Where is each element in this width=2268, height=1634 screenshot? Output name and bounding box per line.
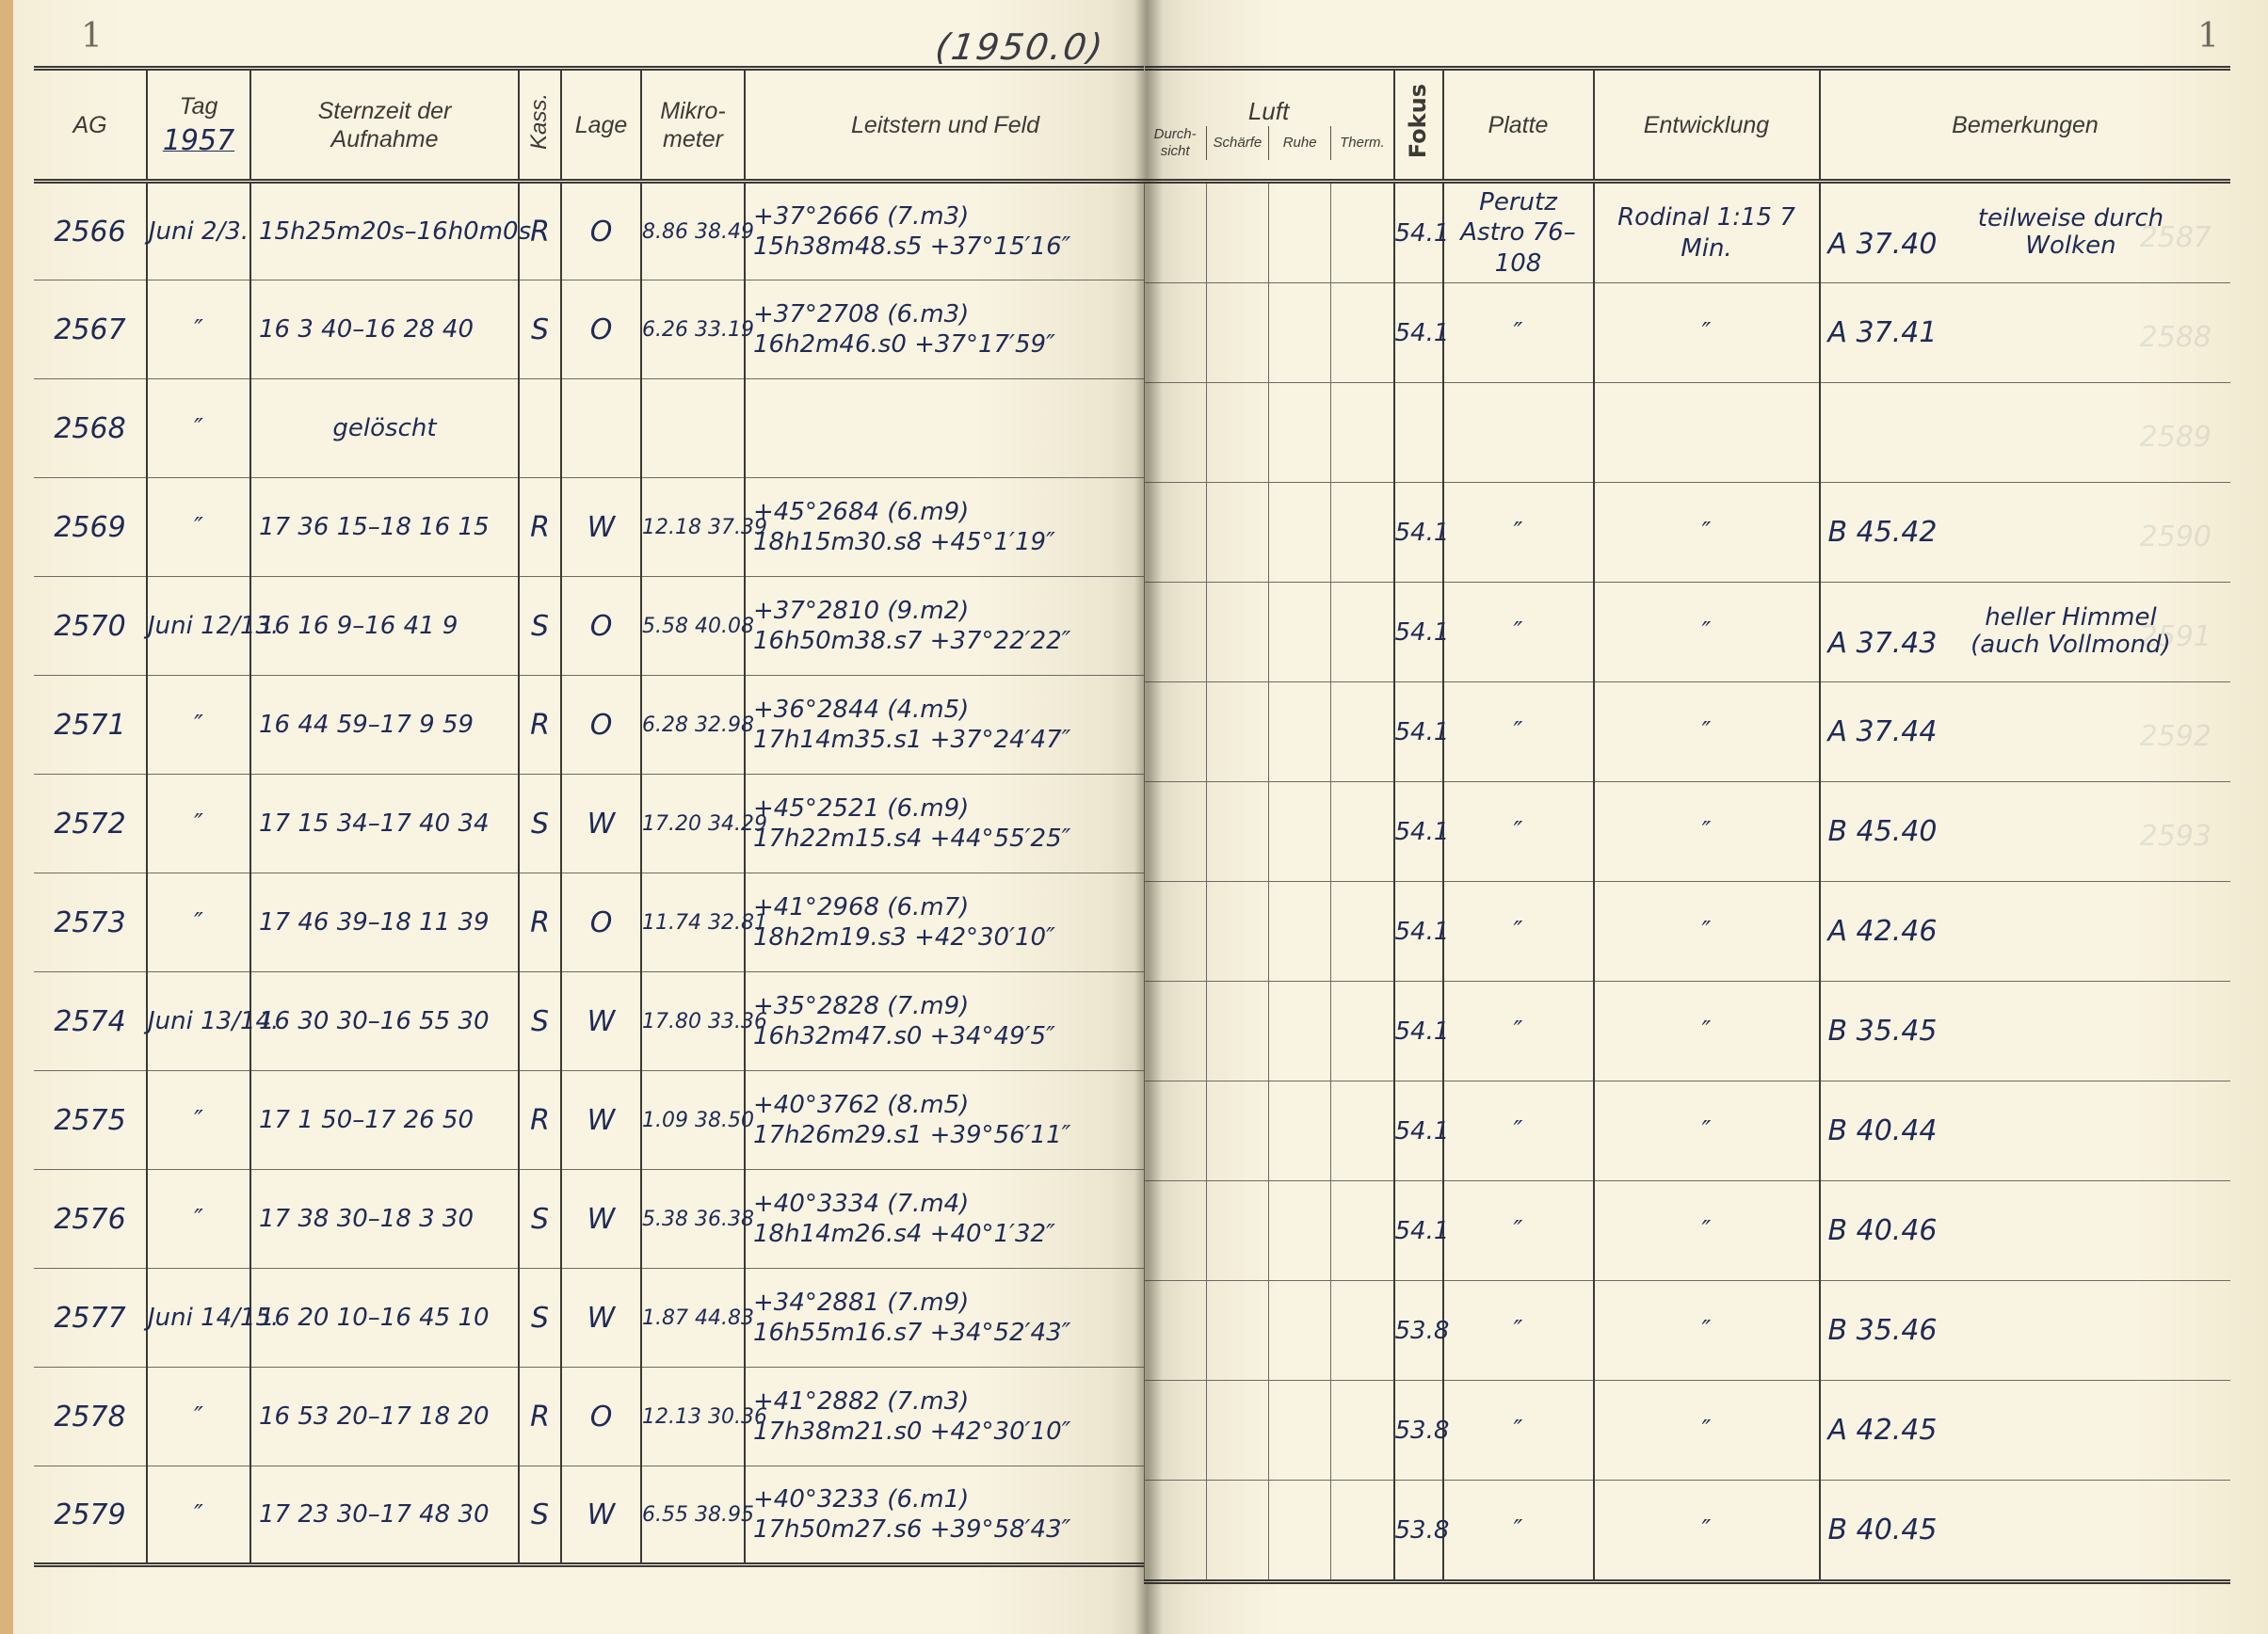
- cell-fokus: [1394, 383, 1443, 483]
- cell-lage: W: [561, 478, 641, 577]
- cell-leitstern-feld: +36°2844 (4.m5)17h14m35.s1 +37°24′47″: [745, 676, 1144, 775]
- cell-kass: R: [519, 873, 561, 972]
- cell-luft-schaerfe: [1207, 583, 1269, 681]
- leitstern-text: +45°2521 (6.m9): [753, 793, 1144, 825]
- cell-ag: 2570: [34, 577, 147, 676]
- cell-bemerkungen: A 37.40teilweise durch Wolken: [1820, 182, 2230, 283]
- cell-ag: 2578: [34, 1368, 147, 1466]
- header-fokus-label: Fokus: [1405, 84, 1432, 158]
- cell-luft-schaerfe: [1207, 782, 1269, 881]
- header-leitstern: Leitstern und Feld: [745, 69, 1144, 182]
- observation-log-right: Luft Durch- sicht Schärfe Ruhe Therm. Fo…: [1144, 66, 2230, 1584]
- cell-kass: S: [519, 280, 561, 379]
- feld-text: 17h26m29.s1 +39°56′11″: [753, 1120, 1144, 1151]
- cell-leitstern-feld: +37°2810 (9.m2)16h50m38.s7 +37°22′22″: [745, 577, 1144, 676]
- log-row-right: 54.1″″A 42.46: [1145, 882, 2230, 982]
- cell-lage: W: [561, 1269, 641, 1368]
- cell-lage: W: [561, 1466, 641, 1565]
- bemerkung-code: B 40.45: [1828, 1514, 1938, 1546]
- cell-sternzeit: 16 53 20–17 18 20: [250, 1368, 519, 1466]
- log-row-right: 54.1″″B 40.44: [1145, 1081, 2230, 1181]
- cell-lage: O: [561, 873, 641, 972]
- cell-fokus: 53.8: [1394, 1281, 1443, 1381]
- cell-luft: [1145, 1281, 1394, 1381]
- cell-kass: R: [519, 1071, 561, 1170]
- cell-fokus: 53.8: [1394, 1381, 1443, 1481]
- cell-fokus: 54.1: [1394, 283, 1443, 383]
- feld-text: 16h2m46.s0 +37°17′59″: [753, 329, 1144, 360]
- cell-luft-therm: [1331, 383, 1392, 482]
- cell-luft-durchsicht: [1145, 483, 1207, 582]
- bemerkung-code: B 45.40: [1828, 815, 1938, 848]
- log-row-right: 54.1″″B 45.40: [1145, 782, 2230, 882]
- cell-lage: W: [561, 1170, 641, 1269]
- log-row-left: 2570Juni 12/13.16 16 9–16 41 9SO5.58 40.…: [34, 577, 1144, 676]
- cell-kass: S: [519, 775, 561, 873]
- cell-luft-schaerfe: [1207, 682, 1269, 781]
- cell-luft-therm: [1331, 1181, 1392, 1280]
- cell-tag: ″: [147, 379, 250, 478]
- cell-tag: ″: [147, 775, 250, 873]
- observation-log-left: AG Tag 1957 Sternzeit der Aufnahme Kass.…: [34, 66, 1144, 1567]
- cell-fokus: 54.1: [1394, 583, 1443, 682]
- feld-text: 17h50m27.s6 +39°58′43″: [753, 1514, 1144, 1546]
- cell-luft-schaerfe: [1207, 1081, 1269, 1180]
- cell-platte: Perutz Astro 76–108: [1443, 182, 1594, 283]
- cell-sternzeit: 15h25m20s–16h0m0s: [250, 182, 519, 280]
- cell-leitstern-feld: +41°2882 (7.m3)17h38m21.s0 +42°30′10″: [745, 1368, 1144, 1466]
- cell-bemerkungen: B 40.45: [1820, 1481, 2230, 1582]
- header-tag-label: Tag: [180, 93, 218, 120]
- feld-text: 18h15m30.s8 +45°1′19″: [753, 527, 1144, 558]
- leitstern-text: +40°3762 (8.m5): [753, 1090, 1144, 1121]
- cell-fokus: 54.1: [1394, 483, 1443, 583]
- cell-ag: 2574: [34, 972, 147, 1071]
- cell-luft-therm: [1331, 1281, 1392, 1380]
- cell-sternzeit: 16 20 10–16 45 10: [250, 1269, 519, 1368]
- log-row-left: 2574Juni 13/14.16 30 30–16 55 30SW17.80 …: [34, 972, 1144, 1071]
- cell-luft-schaerfe: [1207, 1381, 1269, 1480]
- bemerkung-code: A 42.45: [1828, 1414, 1938, 1447]
- cell-ag: 2575: [34, 1071, 147, 1170]
- cell-luft-therm: [1331, 583, 1392, 681]
- cell-platte: ″: [1443, 583, 1594, 682]
- cell-platte: ″: [1443, 982, 1594, 1081]
- cell-ag: 2568: [34, 379, 147, 478]
- cell-mikrometer: 1.87 44.83: [641, 1269, 745, 1368]
- cell-kass: S: [519, 972, 561, 1071]
- cell-luft: [1145, 1481, 1394, 1582]
- cell-entwicklung: ″: [1594, 1281, 1820, 1381]
- cell-lage: W: [561, 1071, 641, 1170]
- cell-mikrometer: 8.86 38.49: [641, 182, 745, 280]
- cell-lage: O: [561, 1368, 641, 1466]
- cell-bemerkungen: B 40.46: [1820, 1181, 2230, 1281]
- cell-ag: 2573: [34, 873, 147, 972]
- cell-luft-ruhe: [1269, 184, 1331, 282]
- cell-tag: ″: [147, 676, 250, 775]
- cell-luft-therm: [1331, 782, 1392, 881]
- cell-luft-durchsicht: [1145, 583, 1207, 681]
- cell-luft: [1145, 583, 1394, 682]
- bemerkung-code: A 37.40: [1828, 228, 1938, 261]
- cell-luft-schaerfe: [1207, 1181, 1269, 1280]
- feld-text: 16h55m16.s7 +34°52′43″: [753, 1318, 1144, 1349]
- feld-text: 17h22m15.s4 +44°55′25″: [753, 824, 1144, 855]
- cell-tag: ″: [147, 478, 250, 577]
- cell-sternzeit: 16 16 9–16 41 9: [250, 577, 519, 676]
- cell-entwicklung: ″: [1594, 1381, 1820, 1481]
- cell-luft-durchsicht: [1145, 1481, 1207, 1579]
- log-row-right: 54.1″″A 37.44: [1145, 682, 2230, 782]
- log-row-left: 2569″17 36 15–18 16 15RW12.18 37.39+45°2…: [34, 478, 1144, 577]
- bemerkung-text: teilweise durch Wolken: [1957, 205, 2183, 259]
- cell-mikrometer: 1.09 38.50: [641, 1071, 745, 1170]
- header-tag: Tag 1957: [147, 69, 250, 182]
- cell-luft-durchsicht: [1145, 682, 1207, 781]
- leitstern-text: +45°2684 (6.m9): [753, 497, 1144, 528]
- header-luft: Luft Durch- sicht Schärfe Ruhe Therm.: [1145, 69, 1394, 182]
- cell-leitstern-feld: +35°2828 (7.m9)16h32m47.s0 +34°49′5″: [745, 972, 1144, 1071]
- cell-mikrometer: [641, 379, 745, 478]
- cell-luft-ruhe: [1269, 1081, 1331, 1180]
- log-row-left: 2573″17 46 39–18 11 39RO11.74 32.81+41°2…: [34, 873, 1144, 972]
- feld-text: 16h32m47.s0 +34°49′5″: [753, 1021, 1144, 1052]
- cell-mikrometer: 12.13 30.36: [641, 1368, 745, 1466]
- right-page-number: 1: [2197, 17, 2219, 56]
- cell-platte: ″: [1443, 1181, 1594, 1281]
- cell-platte: ″: [1443, 283, 1594, 383]
- cell-luft-ruhe: [1269, 982, 1331, 1081]
- log-row-left: 2577Juni 14/15.16 20 10–16 45 10SW1.87 4…: [34, 1269, 1144, 1368]
- cell-luft-ruhe: [1269, 1281, 1331, 1380]
- cell-bemerkungen: B 40.44: [1820, 1081, 2230, 1181]
- cell-platte: [1443, 383, 1594, 483]
- cell-luft-ruhe: [1269, 782, 1331, 881]
- cell-bemerkungen: B 35.46: [1820, 1281, 2230, 1381]
- cell-lage: O: [561, 676, 641, 775]
- cell-luft: [1145, 1081, 1394, 1181]
- header-luft-schaerfe: Schärfe: [1206, 126, 1268, 160]
- leitstern-text: +41°2882 (7.m3): [753, 1386, 1144, 1418]
- cell-kass: [519, 379, 561, 478]
- cell-tag: Juni 12/13.: [147, 577, 250, 676]
- cell-ag: 2576: [34, 1170, 147, 1269]
- feld-text: 18h2m19.s3 +42°30′10″: [753, 922, 1144, 953]
- cell-sternzeit: 16 3 40–16 28 40: [250, 280, 519, 379]
- feld-text: 15h38m48.s5 +37°15′16″: [753, 232, 1144, 263]
- cell-platte: ″: [1443, 1081, 1594, 1181]
- cell-entwicklung: ″: [1594, 1481, 1820, 1582]
- cell-fokus: 54.1: [1394, 1181, 1443, 1281]
- cell-luft-schaerfe: [1207, 1281, 1269, 1380]
- cell-luft-ruhe: [1269, 583, 1331, 681]
- cell-lage: O: [561, 280, 641, 379]
- cell-fokus: 54.1: [1394, 782, 1443, 882]
- cell-ag: 2569: [34, 478, 147, 577]
- cell-luft-therm: [1331, 1081, 1392, 1180]
- log-row-right: 54.1″″B 35.45: [1145, 982, 2230, 1081]
- cell-luft-therm: [1331, 982, 1392, 1081]
- cell-lage: O: [561, 182, 641, 280]
- feld-text: 17h38m21.s0 +42°30′10″: [753, 1417, 1144, 1448]
- header-luft-label: Luft: [1145, 89, 1393, 126]
- bemerkung-code: A 42.46: [1828, 915, 1938, 948]
- cell-luft-therm: [1331, 184, 1392, 282]
- cell-luft-ruhe: [1269, 1481, 1331, 1579]
- cell-luft: [1145, 1381, 1394, 1481]
- cell-mikrometer: 17.80 33.36: [641, 972, 745, 1071]
- leitstern-text: +37°2666 (7.m3): [753, 201, 1144, 232]
- cell-lage: [561, 379, 641, 478]
- cell-leitstern-feld: +41°2968 (6.m7)18h2m19.s3 +42°30′10″: [745, 873, 1144, 972]
- feld-text: 16h50m38.s7 +37°22′22″: [753, 626, 1144, 657]
- header-kass-label: Kass.: [526, 93, 554, 150]
- log-row-right: 54.1″″A 37.43heller Himmel (auch Vollmon…: [1145, 583, 2230, 682]
- cell-luft-schaerfe: [1207, 1481, 1269, 1579]
- cell-entwicklung: [1594, 383, 1820, 483]
- bemerkung-code: B 40.44: [1828, 1114, 1938, 1147]
- log-row-right: [1145, 383, 2230, 483]
- right-table-body: 54.1Perutz Astro 76–108Rodinal 1:15 7 Mi…: [1145, 182, 2230, 1582]
- header-mikrometer: Mikro- meter: [641, 69, 745, 182]
- cell-ag: 2571: [34, 676, 147, 775]
- cell-luft-durchsicht: [1145, 184, 1207, 282]
- cell-luft-schaerfe: [1207, 383, 1269, 482]
- bemerkung-code: A 37.41: [1828, 316, 1938, 349]
- cell-entwicklung: ″: [1594, 782, 1820, 882]
- cell-luft-therm: [1331, 283, 1392, 382]
- cell-entwicklung: ″: [1594, 1081, 1820, 1181]
- cell-sternzeit: 17 46 39–18 11 39: [250, 873, 519, 972]
- cell-fokus: 54.1: [1394, 982, 1443, 1081]
- cell-luft-durchsicht: [1145, 782, 1207, 881]
- cell-entwicklung: ″: [1594, 882, 1820, 982]
- cell-kass: R: [519, 478, 561, 577]
- cell-fokus: 54.1: [1394, 1081, 1443, 1181]
- cell-luft-therm: [1331, 1381, 1392, 1480]
- cell-leitstern-feld: +34°2881 (7.m9)16h55m16.s7 +34°52′43″: [745, 1269, 1144, 1368]
- header-platte: Platte: [1443, 69, 1594, 182]
- cell-tag: ″: [147, 1170, 250, 1269]
- cell-luft: [1145, 1181, 1394, 1281]
- cell-entwicklung: ″: [1594, 583, 1820, 682]
- header-sternzeit: Sternzeit der Aufnahme: [250, 69, 519, 182]
- header-bemerkungen: Bemerkungen: [1820, 69, 2230, 182]
- cell-tag: Juni 13/14.: [147, 972, 250, 1071]
- cell-luft-ruhe: [1269, 882, 1331, 981]
- cell-leitstern-feld: +45°2684 (6.m9)18h15m30.s8 +45°1′19″: [745, 478, 1144, 577]
- bemerkung-text: heller Himmel (auch Vollmond): [1957, 604, 2183, 658]
- log-row-left: 2566Juni 2/3.15h25m20s–16h0m0sRO8.86 38.…: [34, 182, 1144, 280]
- cell-kass: R: [519, 676, 561, 775]
- bemerkung-code: B 45.42: [1828, 516, 1938, 549]
- bemerkung-code: A 37.44: [1828, 715, 1938, 748]
- cell-luft-schaerfe: [1207, 982, 1269, 1081]
- header-luft-ruhe: Ruhe: [1268, 126, 1330, 160]
- cell-platte: ″: [1443, 483, 1594, 583]
- cell-fokus: 54.1: [1394, 882, 1443, 982]
- cell-luft-durchsicht: [1145, 383, 1207, 482]
- cell-mikrometer: 17.20 34.29: [641, 775, 745, 873]
- cell-ag: 2579: [34, 1466, 147, 1565]
- log-row-right: 54.1″″B 45.42: [1145, 483, 2230, 583]
- log-row-right: 53.8″″A 42.45: [1145, 1381, 2230, 1481]
- cell-kass: R: [519, 1368, 561, 1466]
- left-table-body: 2566Juni 2/3.15h25m20s–16h0m0sRO8.86 38.…: [34, 182, 1144, 1565]
- cell-tag: ″: [147, 1368, 250, 1466]
- bemerkung-code: B 35.46: [1828, 1314, 1938, 1347]
- feld-text: 17h14m35.s1 +37°24′47″: [753, 725, 1144, 756]
- left-page-number: 1: [81, 17, 103, 56]
- cell-entwicklung: ″: [1594, 483, 1820, 583]
- cell-ag: 2567: [34, 280, 147, 379]
- cell-bemerkungen: A 42.45: [1820, 1381, 2230, 1481]
- cell-leitstern-feld: +37°2666 (7.m3)15h38m48.s5 +37°15′16″: [745, 182, 1144, 280]
- cell-bemerkungen: B 35.45: [1820, 982, 2230, 1081]
- cell-mikrometer: 5.58 40.08: [641, 577, 745, 676]
- cell-luft-durchsicht: [1145, 1181, 1207, 1280]
- cell-leitstern-feld: [745, 379, 1144, 478]
- cell-fokus: 53.8: [1394, 1481, 1443, 1582]
- cell-tag: ″: [147, 1466, 250, 1565]
- cell-ag: 2572: [34, 775, 147, 873]
- cell-luft-therm: [1331, 882, 1392, 981]
- cell-sternzeit: 17 36 15–18 16 15: [250, 478, 519, 577]
- cell-luft-therm: [1331, 682, 1392, 781]
- cell-tag: ″: [147, 1071, 250, 1170]
- cell-sternzeit: 16 30 30–16 55 30: [250, 972, 519, 1071]
- cell-sternzeit: 17 23 30–17 48 30: [250, 1466, 519, 1565]
- cell-sternzeit: 17 1 50–17 26 50: [250, 1071, 519, 1170]
- cell-mikrometer: 6.26 33.19: [641, 280, 745, 379]
- cell-lage: O: [561, 577, 641, 676]
- cell-luft: [1145, 283, 1394, 383]
- cell-platte: ″: [1443, 1281, 1594, 1381]
- leitstern-text: +35°2828 (7.m9): [753, 991, 1144, 1022]
- cell-tag: Juni 2/3.: [147, 182, 250, 280]
- log-row-left: 2575″17 1 50–17 26 50RW1.09 38.50+40°376…: [34, 1071, 1144, 1170]
- cell-platte: ″: [1443, 782, 1594, 882]
- header-lage: Lage: [561, 69, 641, 182]
- log-row-left: 2572″17 15 34–17 40 34SW17.20 34.29+45°2…: [34, 775, 1144, 873]
- cell-luft: [1145, 383, 1394, 483]
- cell-platte: ″: [1443, 882, 1594, 982]
- cell-ag: 2566: [34, 182, 147, 280]
- header-entwicklung: Entwicklung: [1594, 69, 1820, 182]
- cell-mikrometer: 6.55 38.95: [641, 1466, 745, 1565]
- cell-fokus: 54.1: [1394, 182, 1443, 283]
- header-luft-therm: Therm.: [1330, 126, 1392, 160]
- cell-luft-ruhe: [1269, 1381, 1331, 1480]
- cell-lage: W: [561, 775, 641, 873]
- cell-entwicklung: Rodinal 1:15 7 Min.: [1594, 182, 1820, 283]
- cell-leitstern-feld: +40°3762 (8.m5)17h26m29.s1 +39°56′11″: [745, 1071, 1144, 1170]
- cell-mikrometer: 6.28 32.98: [641, 676, 745, 775]
- cell-kass: S: [519, 1170, 561, 1269]
- cell-entwicklung: ″: [1594, 682, 1820, 782]
- cell-luft: [1145, 782, 1394, 882]
- cell-entwicklung: ″: [1594, 1181, 1820, 1281]
- cell-ag: 2577: [34, 1269, 147, 1368]
- cell-kass: S: [519, 1466, 561, 1565]
- log-row-right: 54.1″″B 40.46: [1145, 1181, 2230, 1281]
- cell-luft-ruhe: [1269, 1181, 1331, 1280]
- left-page: 1 (1950.0) AG Tag 1957 Sternzeit der Auf…: [0, 0, 1144, 1634]
- cell-leitstern-feld: +40°3334 (7.m4)18h14m26.s4 +40°1′32″: [745, 1170, 1144, 1269]
- log-row-left: 2579″17 23 30–17 48 30SW6.55 38.95+40°32…: [34, 1466, 1144, 1565]
- right-page: 1 2587258825892590259125922593 Luft Durc…: [1144, 0, 2268, 1634]
- cell-mikrometer: 12.18 37.39: [641, 478, 745, 577]
- cell-luft-durchsicht: [1145, 982, 1207, 1081]
- feld-text: 18h14m26.s4 +40°1′32″: [753, 1219, 1144, 1250]
- log-row-left: 2567″16 3 40–16 28 40SO6.26 33.19+37°270…: [34, 280, 1144, 379]
- cell-luft-schaerfe: [1207, 882, 1269, 981]
- cell-luft-ruhe: [1269, 483, 1331, 582]
- cell-tag: ″: [147, 873, 250, 972]
- cell-leitstern-feld: +37°2708 (6.m3)16h2m46.s0 +37°17′59″: [745, 280, 1144, 379]
- leitstern-text: +36°2844 (4.m5): [753, 695, 1144, 726]
- cell-luft: [1145, 182, 1394, 283]
- cell-luft-ruhe: [1269, 682, 1331, 781]
- log-row-left: 2571″16 44 59–17 9 59RO6.28 32.98+36°284…: [34, 676, 1144, 775]
- cell-fokus: 54.1: [1394, 682, 1443, 782]
- cell-sternzeit: 17 38 30–18 3 30: [250, 1170, 519, 1269]
- cell-platte: ″: [1443, 682, 1594, 782]
- bemerkung-code: A 37.43: [1828, 627, 1938, 660]
- cell-bemerkungen: B 45.40: [1820, 782, 2230, 882]
- cell-leitstern-feld: +45°2521 (6.m9)17h22m15.s4 +44°55′25″: [745, 775, 1144, 873]
- cell-entwicklung: ″: [1594, 283, 1820, 383]
- cell-bemerkungen: A 37.44: [1820, 682, 2230, 782]
- cell-luft-durchsicht: [1145, 283, 1207, 382]
- cell-luft: [1145, 882, 1394, 982]
- cell-entwicklung: ″: [1594, 982, 1820, 1081]
- bemerkung-code: B 35.45: [1828, 1015, 1938, 1048]
- bemerkung-code: B 40.46: [1828, 1214, 1938, 1247]
- leitstern-text: +37°2810 (9.m2): [753, 596, 1144, 627]
- cell-luft-ruhe: [1269, 383, 1331, 482]
- cell-luft-ruhe: [1269, 283, 1331, 382]
- leitstern-text: +40°3334 (7.m4): [753, 1189, 1144, 1220]
- cell-luft: [1145, 982, 1394, 1081]
- cell-luft-durchsicht: [1145, 1281, 1207, 1380]
- log-row-left: 2578″16 53 20–17 18 20RO12.13 30.36+41°2…: [34, 1368, 1144, 1466]
- cell-luft-durchsicht: [1145, 1381, 1207, 1480]
- cell-kass: S: [519, 1269, 561, 1368]
- cell-luft-therm: [1331, 1481, 1392, 1579]
- cell-kass: S: [519, 577, 561, 676]
- cell-mikrometer: 5.38 36.38: [641, 1170, 745, 1269]
- cell-bemerkungen: A 37.41: [1820, 283, 2230, 383]
- epoch-note: (1950.0): [933, 26, 1107, 68]
- header-kass: Kass.: [519, 69, 561, 182]
- leitstern-text: +40°3233 (6.m1): [753, 1484, 1144, 1515]
- cell-sternzeit: gelöscht: [250, 379, 519, 478]
- leitstern-text: +41°2968 (6.m7): [753, 892, 1144, 923]
- cell-sternzeit: 16 44 59–17 9 59: [250, 676, 519, 775]
- header-tag-year: 1957: [148, 124, 249, 158]
- log-row-right: 54.1″″A 37.41: [1145, 283, 2230, 383]
- cell-luft-schaerfe: [1207, 184, 1269, 282]
- cell-luft: [1145, 682, 1394, 782]
- log-row-left: 2568″gelöscht: [34, 379, 1144, 478]
- cell-bemerkungen: A 37.43heller Himmel (auch Vollmond): [1820, 583, 2230, 682]
- cell-luft-durchsicht: [1145, 882, 1207, 981]
- cell-mikrometer: 11.74 32.81: [641, 873, 745, 972]
- cell-luft-schaerfe: [1207, 483, 1269, 582]
- log-row-right: 53.8″″B 40.45: [1145, 1481, 2230, 1582]
